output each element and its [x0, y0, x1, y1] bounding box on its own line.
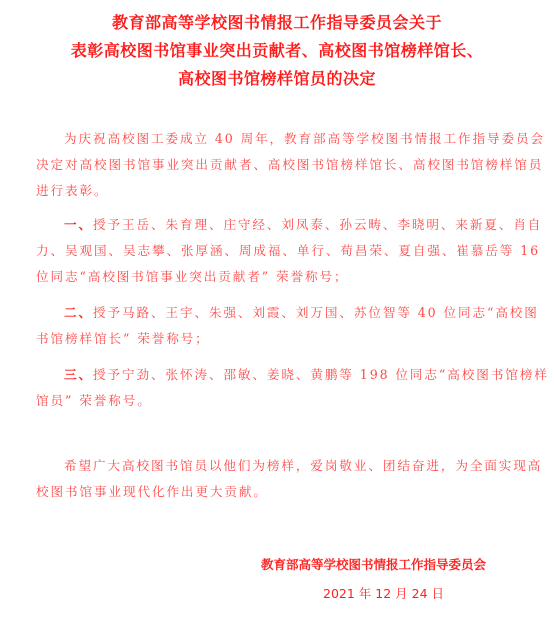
- document-title-line-3: 高校图书馆榜样馆员的决定: [0, 66, 554, 89]
- document-title-line-1: 教育部高等学校图书情报工作指导委员会关于: [0, 10, 554, 33]
- signature-organization: 教育部高等学校图书情报工作指导委员会: [261, 555, 486, 573]
- closing-paragraph-line-1: 希望广大高校图书馆员以他们为榜样，爱岗敬业、团结奋进，为全面实现高: [64, 458, 520, 474]
- document-title-line-2: 表彰高校图书馆事业突出贡献者、高校图书馆榜样馆长、: [0, 38, 554, 61]
- award-item-3: 三、授予宁劲、张怀涛、邵敏、姜晓、黄鹏等 198 位同志“高校图书馆榜样: [64, 367, 520, 383]
- item-text: 授予宁劲、张怀涛、邵敏、姜晓、黄鹏等 198 位同志“高校图书馆榜样: [93, 367, 549, 382]
- item-ordinal: 三、: [64, 367, 93, 382]
- award-item-2: 二、授予马路、王宇、朱强、刘霞、刘万国、苏位智等 40 位同志“高校图: [64, 305, 520, 321]
- award-item-1: 一、授予王岳、朱育理、庄守经、刘凤泰、孙云畴、李晓明、来新夏、肖自: [64, 217, 520, 233]
- intro-paragraph-line-1: 为庆祝高校图工委成立 40 周年，教育部高等学校图书情报工作指导委员会: [64, 131, 520, 147]
- closing-paragraph-line-2: 校图书馆事业现代化作出更大贡献。: [36, 484, 520, 500]
- intro-paragraph-line-2: 决定对高校图书馆事业突出贡献者、高校图书馆榜样馆长、高校图书馆榜样馆员: [36, 157, 520, 173]
- item-text: 授予马路、王宇、朱强、刘霞、刘万国、苏位智等 40 位同志“高校图: [93, 305, 539, 320]
- signature-date: 2021 年 12 月 24 日: [323, 584, 444, 602]
- item-ordinal: 一、: [64, 217, 93, 232]
- item-text: 授予王岳、朱育理、庄守经、刘凤泰、孙云畴、李晓明、来新夏、肖自: [93, 217, 542, 232]
- award-item-1-line-2: 力、吴观国、吴志攀、张厚涵、周成福、单行、荀昌荣、夏自强、崔慕岳等 16: [36, 243, 520, 259]
- award-item-2-line-2: 书馆榜样馆长” 荣誉称号；: [36, 331, 520, 347]
- item-ordinal: 二、: [64, 305, 93, 320]
- award-item-3-line-2: 馆员” 荣誉称号。: [36, 393, 520, 409]
- intro-paragraph-line-3: 进行表彰。: [36, 183, 520, 199]
- award-item-1-line-3: 位同志“高校图书馆事业突出贡献者” 荣誉称号；: [36, 269, 520, 285]
